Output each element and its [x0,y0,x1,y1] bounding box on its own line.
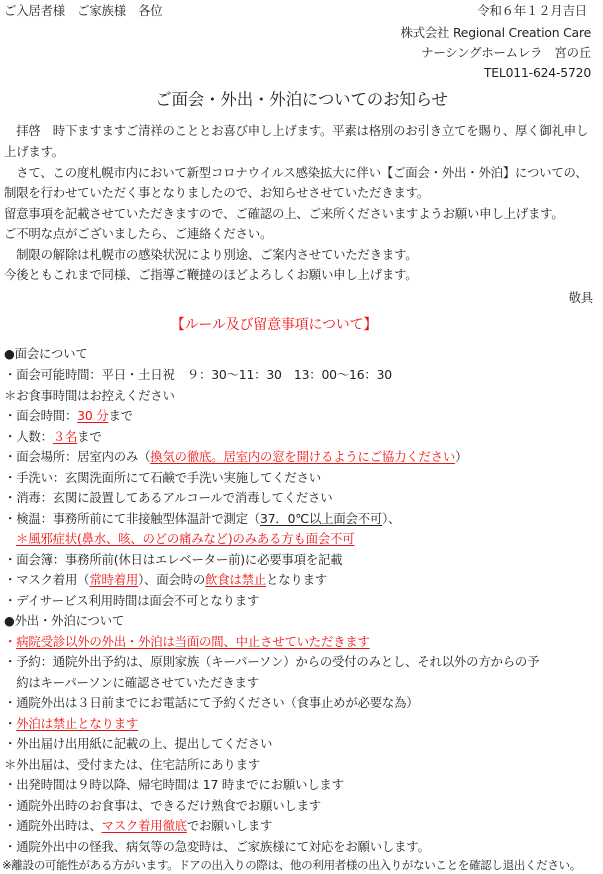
intro-line-1: 拝啓 時下ますますご清祥のこととお喜び申し上げます。平素は格別のお引き立てを賜り… [4,123,588,139]
visit-mask-label: ・マスク着用（ [4,572,89,587]
outing-suspend-text: 病院受診以外の外出・外泊は当面の間、中止させていただきます [16,634,370,649]
outing-heading: ●外出・外泊について [4,613,124,629]
visit-place-ventilation-note: 換気の徹底。居室内の窓を開けるようにご協力ください [150,449,455,464]
visit-place-label: ・面会場所：居室内のみ（ [4,449,150,464]
closing-keigu: 敬具 [569,290,593,306]
visit-hours: ・面会可能時間：平日・土日祝 ９：30〜11：30 13：00〜16：30 [4,367,392,383]
visit-people-suffix: まで [77,429,101,444]
intro-line-7: 制限の解除は札幌市の感染状況により別途、ご案内させていただきます。 [4,247,418,263]
visit-temperature: ・検温：事務所前にて非接触型体温計で測定（37．0℃以上面会不可）、 [4,511,400,527]
visit-people-label: ・人数： [4,429,53,444]
outing-form-note: ＊外出届は、受付または、住宅詰所にあります [4,757,260,773]
outing-overnight: ・外泊は禁止となります [4,716,138,732]
outing-reserve-line-1: ・予約：通院外出予約は、原則家族（キーパーソン）からの受付のみとし、それ以外の方… [4,654,539,670]
outing-emergency: ・通院外出中の怪我、病気等の急変時は、ご家族様にて対応をお願いします。 [4,839,430,855]
intro-line-2: 上げます。 [4,144,64,160]
intro-line-3: さて、この度札幌市内において新型コロナウイルス感染拡大に伴い【ご面会・外出・外泊… [4,165,587,181]
outing-mask: ・通院外出時は、マスク着用徹底でお願いします [4,818,272,834]
visit-handwash: ・手洗い：玄関洗面所にて石鹸で手洗い実施してください [4,470,321,486]
facility-name: ナーシングホームレラ 宮の丘 [421,45,591,61]
outing-mask-thorough: マスク着用徹底 [102,818,187,833]
visit-duration-value: 30 分 [77,408,108,423]
visit-mask: ・マスク着用（常時着用）、面会時の飲食は禁止となります [4,572,327,588]
visit-duration: ・面会時間：30 分まで [4,408,133,424]
visit-place-suffix: ） [455,449,467,464]
visit-disinfect: ・消毒：玄関に設置してあるアルコールで消毒してください [4,490,332,506]
visit-mask-always: 常時着用 [89,572,138,587]
visit-no-eating: 飲食は禁止 [205,572,266,587]
visit-meal-note: ＊お食事時間はお控えください [4,388,175,404]
visit-people: ・人数：３名まで [4,429,102,445]
outing-mask-label: ・通院外出時は、 [4,818,102,833]
page-title: ご面会・外出・外泊についてのお知らせ [0,92,603,108]
outing-times: ・出発時間は９時以降、帰宅時間は 17 時までにお願いします [4,777,344,793]
outing-suspend: ・病院受診以外の外出・外泊は当面の間、中止させていただきます [4,634,370,650]
visit-temperature-threshold: 37．0℃以上面会不可 [260,511,382,526]
visit-dayservice: ・デイサービス利用時間は面会不可となります [4,593,259,609]
bullet: ・ [4,634,16,649]
bullet: ・ [4,716,16,731]
addressee: ご入居者様 ご家族様 各位 [4,3,162,19]
tel-number: TEL011-624-5720 [484,65,591,81]
intro-line-6: ご不明な点がございましたら、ご連絡ください。 [4,226,272,242]
outing-wander-note: ※離設の可能性がある方がいます。ドアの出入りの際は、他の利用者様の出入りがないこ… [2,857,581,873]
visit-mask-suffix: となります [266,572,327,587]
visit-temperature-suffix: ）、 [382,511,400,526]
visit-heading: ●面会について [4,346,88,362]
visit-register: ・面会簿：事務所前(休日はエレベーター前)に必要事項を記載 [4,552,342,568]
outing-form: ・外出届け出用紙に記載の上、提出してください [4,736,272,752]
rules-section-title: 【ルール及び留意事項について】 [0,317,548,333]
date: 令和６年１２月吉日 [477,3,587,19]
intro-line-8: 今後ともこれまで同様、ご指導ご鞭撻のほどよろしくお願い申し上げます。 [4,267,418,283]
intro-line-5: 留意事項を記載させていただきますので、ご確認の上、ご来所くださいますようお願い申… [4,206,564,222]
visit-cold-symptoms-note: ＊風邪症状(鼻水、咳、のどの痛みなど)のみある方も面会不可 [16,531,354,547]
outing-mask-suffix: でお願いします [187,818,272,833]
outing-advance: ・通院外出は３日前までにお電話にて予約ください（食事止めが必要な為） [4,695,418,711]
outing-meals: ・通院外出時のお食事は、できるだけ熟食でお願いします [4,798,321,814]
company-name: 株式会社 Regional Creation Care [400,25,591,41]
cold-symptoms-text: ＊風邪症状(鼻水、咳、のどの痛みなど)のみある方も面会不可 [16,531,354,546]
visit-duration-suffix: まで [108,408,132,423]
outing-overnight-text: 外泊は禁止となります [16,716,138,731]
visit-mask-mid: ）、面会時の [138,572,205,587]
visit-people-value: ３名 [53,429,77,444]
intro-line-4: 制限を行わせていただく事となりましたので、お知らせさせていただきます。 [4,185,429,201]
visit-duration-label: ・面会時間： [4,408,77,423]
visit-place: ・面会場所：居室内のみ（換気の徹底。居室内の窓を開けるようにご協力ください） [4,449,467,465]
outing-reserve-line-2: 約はキーパーソンに確認させていただきます [4,675,259,691]
visit-temperature-label: ・検温：事務所前にて非接触型体温計で測定（ [4,511,260,526]
